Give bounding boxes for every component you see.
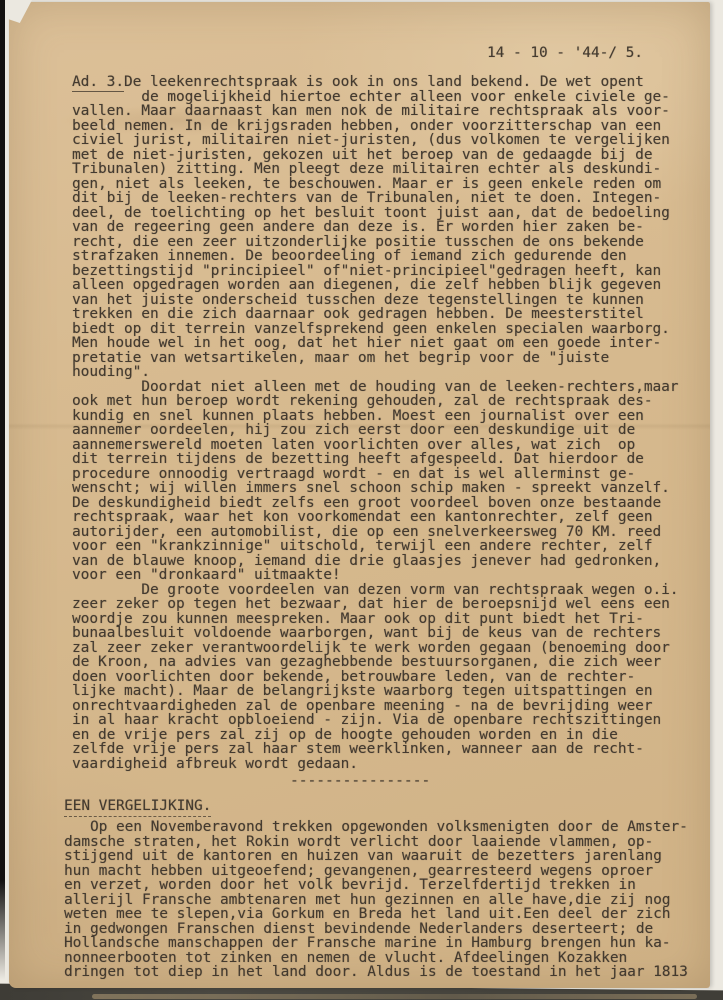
date-header: 14 - 10 - '44-/ 5. (487, 46, 643, 61)
scanned-document-page: 14 - 10 - '44-/ 5. Ad. 3.De leekenrechts… (0, 0, 723, 1000)
article-body: de mogelijkheid hiertoe echter alleen vo… (72, 90, 678, 772)
comparison-heading: EEN VERGELIJKING. (64, 799, 211, 817)
article-first-line: De leekenrechtspraak is ook in ons land … (124, 74, 644, 90)
separator-line: ---------------- (290, 774, 430, 789)
article-ad3: Ad. 3.De leekenrechtspraak is ook in ons… (72, 75, 678, 771)
scan-edge-left (0, 0, 5, 1000)
comparison-body: Op een Novemberavond trekken opgewonden … (64, 820, 688, 980)
paper-sheet: 14 - 10 - '44-/ 5. Ad. 3.De leekenrechts… (9, 2, 710, 988)
underlying-page-edge (92, 994, 697, 999)
